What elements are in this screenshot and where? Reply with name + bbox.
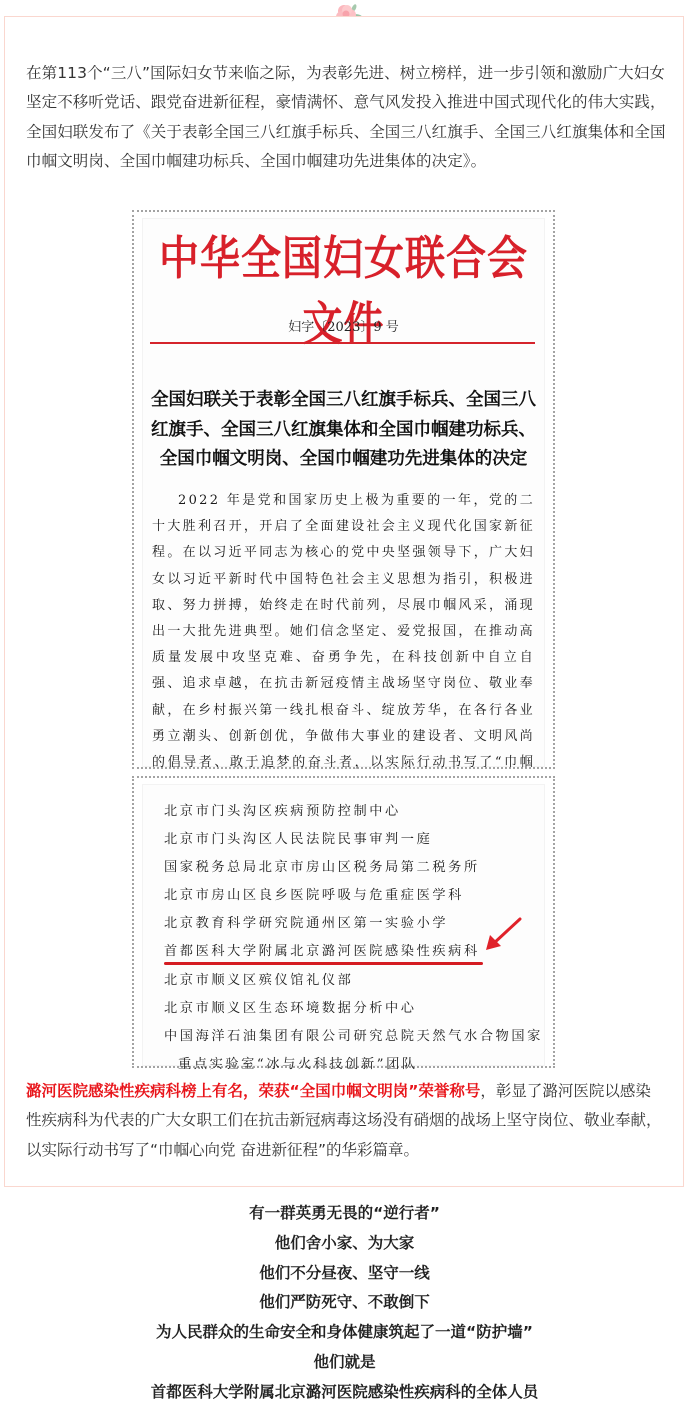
document-body: 2022 年是党和国家历史上极为重要的一年，党的二十大胜利召开，开启了全面建设社…: [152, 488, 535, 802]
poem-line: 首都医科大学附属北京潞河医院感染性疾病科的全体人员: [0, 1378, 689, 1408]
document-paper: 北京市门头沟区疾病预防控制中心 北京市门头沟区人民法院民事审判一庭 国家税务总局…: [142, 784, 545, 1066]
document-image-honoree-list: 北京市门头沟区疾病预防控制中心 北京市门头沟区人民法院民事审判一庭 国家税务总局…: [132, 776, 555, 1068]
document-title-line: 全国妇联关于表彰全国三八红旗手标兵、全国三八: [142, 386, 545, 416]
poem-line: 有一群英勇无畏的“逆行者”: [0, 1199, 689, 1229]
red-underline: [164, 962, 483, 965]
poem-line: 他们舍小家、为大家: [0, 1229, 689, 1259]
honoree-item: 北京教育科学研究院通州区第一实验小学: [164, 910, 539, 938]
intro-paragraph: 在第113个“三八”国际妇女节来临之际，为表彰先进、树立榜样，进一步引领和激励广…: [26, 59, 666, 176]
red-arrow-icon: [484, 916, 524, 952]
honoree-list: 北京市门头沟区疾病预防控制中心 北京市门头沟区人民法院民事审判一庭 国家税务总局…: [164, 798, 539, 1079]
document-title: 全国妇联关于表彰全国三八红旗手标兵、全国三八 红旗手、全国三八红旗集体和全国巾帼…: [142, 386, 545, 475]
document-title-line: 全国巾帼文明岗、全国巾帼建功先进集体的决定: [142, 445, 545, 475]
honoree-item: 北京市顺义区殡仪馆礼仪部: [164, 967, 539, 995]
document-body-text: 2022 年是党和国家历史上极为重要的一年，党的二十大胜利召开，开启了全面建设社…: [152, 493, 535, 796]
honoree-item: 中国海洋石油集团有限公司研究总院天然气水合物国家: [164, 1023, 539, 1051]
honoree-item: 北京市门头沟区人民法院民事审判一庭: [164, 826, 539, 854]
document-title-line: 红旗手、全国三八红旗集体和全国巾帼建功标兵、: [142, 416, 545, 446]
poem-line: 他们严防死守、不敢倒下: [0, 1288, 689, 1318]
letterhead-divider: [150, 342, 535, 344]
honoree-item: 北京市房山区良乡医院呼吸与危重症医学科: [164, 882, 539, 910]
poem-line: 为人民群众的生命安全和身体健康筑起了一道“防护墙”: [0, 1318, 689, 1348]
summary-paragraph: 潞河医院感染性疾病科榜上有名，荣获“全国巾帼文明岗”荣誉称号，彰显了潞河医院以感…: [26, 1077, 666, 1165]
poem-line: 他们不分昼夜、坚守一线: [0, 1259, 689, 1289]
honoree-item: 重点实验室“冰与火科技创新”团队: [164, 1051, 539, 1079]
honoree-item-highlighted-text: 首都医科大学附属北京潞河医院感染性疾病科: [164, 944, 480, 959]
document-image-header: 中华全国妇女联合会文件 妇字〔2023〕9 号 全国妇联关于表彰全国三八红旗手标…: [132, 210, 555, 769]
poem-line: 他们就是: [0, 1348, 689, 1378]
document-paper: 中华全国妇女联合会文件 妇字〔2023〕9 号 全国妇联关于表彰全国三八红旗手标…: [142, 218, 545, 767]
honoree-item: 国家税务总局北京市房山区税务局第二税务所: [164, 854, 539, 882]
document-number: 妇字〔2023〕9 号: [142, 316, 545, 335]
summary-highlight: 潞河医院感染性疾病科榜上有名，荣获“全国巾帼文明岗”荣誉称号: [26, 1082, 480, 1100]
tribute-poem: 有一群英勇无畏的“逆行者” 他们舍小家、为大家 他们不分昼夜、坚守一线 他们严防…: [0, 1199, 689, 1408]
honoree-item: 北京市顺义区生态环境数据分析中心: [164, 995, 539, 1023]
honoree-item-highlighted: 首都医科大学附属北京潞河医院感染性疾病科: [164, 938, 539, 966]
honoree-item: 北京市门头沟区疾病预防控制中心: [164, 798, 539, 826]
